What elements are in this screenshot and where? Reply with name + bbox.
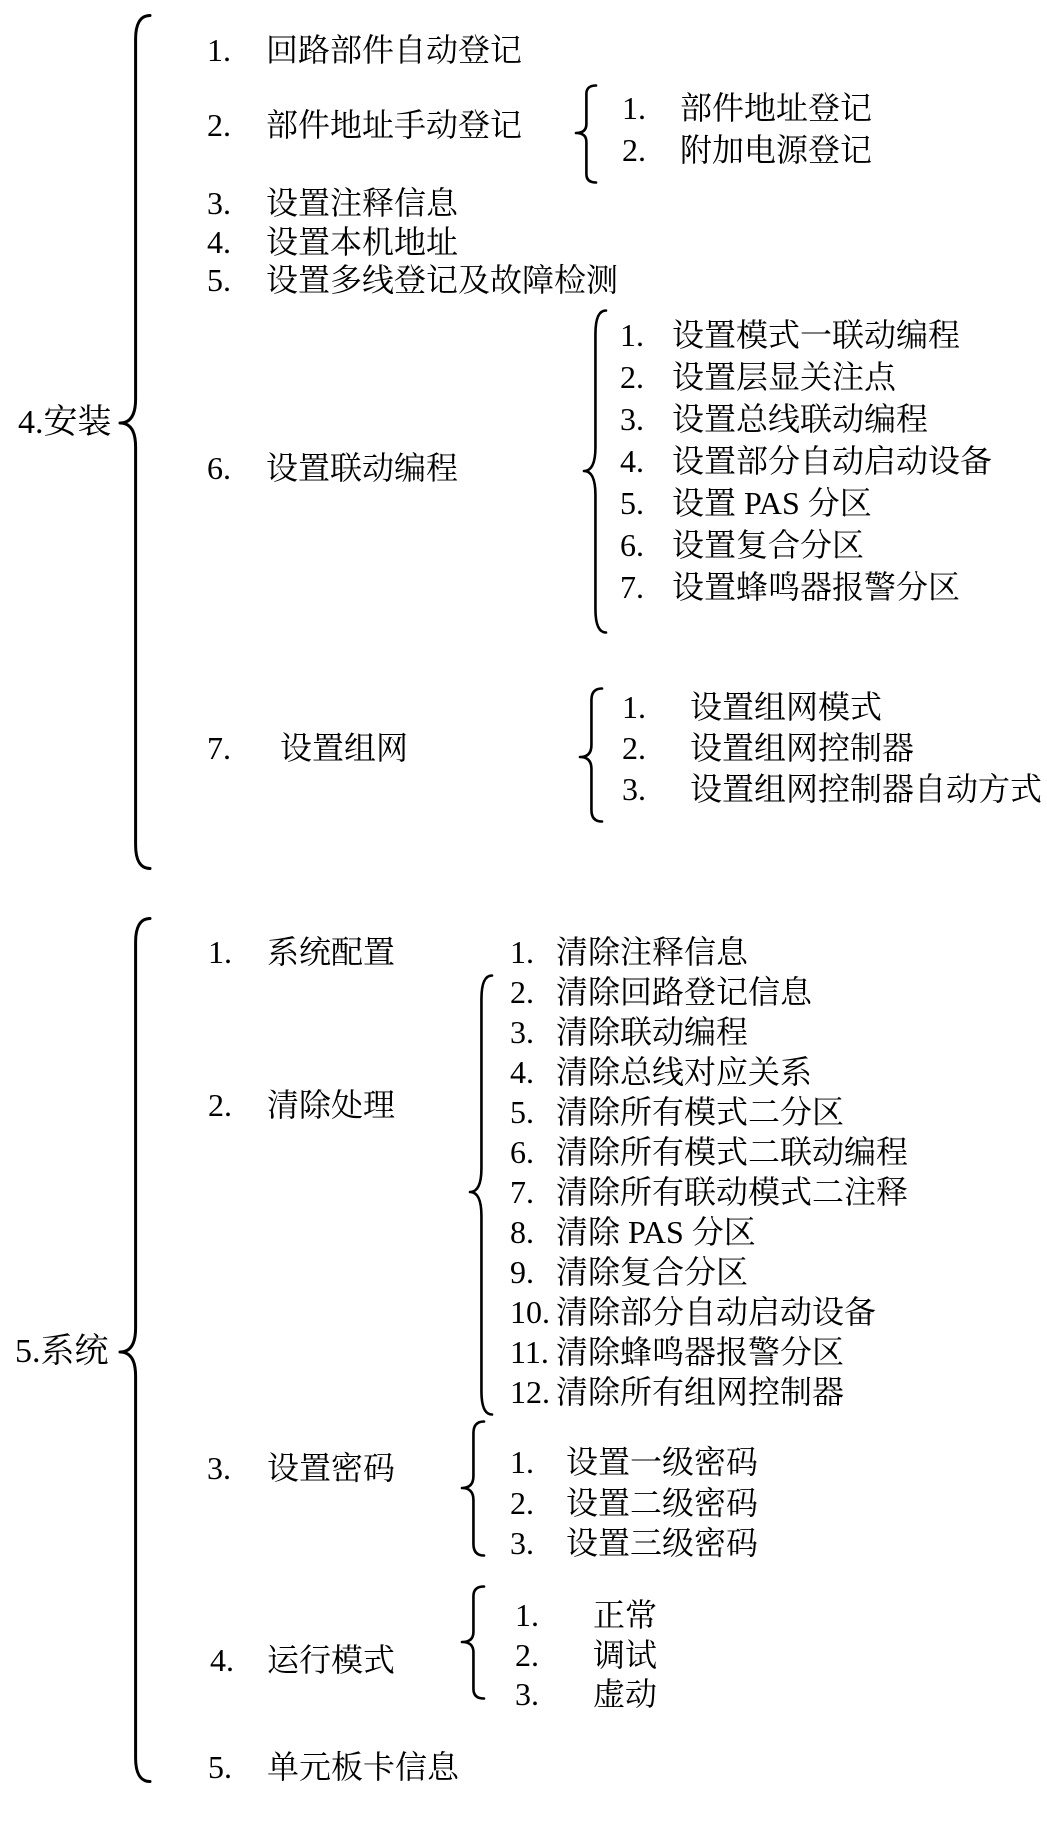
submenu-item-number: 1. <box>510 931 534 973</box>
menu-item-label: 设置多线登记及故障检测 <box>266 259 618 301</box>
menu-item-label: 回路部件自动登记 <box>266 29 522 71</box>
submenu-item-number: 1. <box>622 686 646 728</box>
section-2-main-brace <box>120 918 152 1782</box>
submenu-item-number: 1. <box>510 1441 534 1483</box>
submenu-item-label: 设置一级密码 <box>566 1441 758 1483</box>
submenu-item-number: 1. <box>515 1594 539 1636</box>
menu-tree-diagram: 4.安装1.回路部件自动登记2.部件地址手动登记1.部件地址登记2.附加电源登记… <box>0 0 1047 1836</box>
menu-item-number: 1. <box>208 931 232 973</box>
submenu-item-number: 8. <box>510 1211 534 1253</box>
submenu-item-number: 2. <box>510 971 534 1013</box>
submenu-item-number: 10. <box>510 1291 550 1333</box>
submenu-brace <box>580 688 604 822</box>
menu-item-number: 4. <box>210 1639 234 1681</box>
menu-item-label: 设置联动编程 <box>266 447 458 489</box>
menu-item-number: 3. <box>207 1447 231 1489</box>
menu-item-number: 3. <box>207 182 231 224</box>
submenu-item-number: 3. <box>620 398 644 440</box>
submenu-item-label: 设置组网控制器 <box>690 727 914 769</box>
submenu-item-label: 虚动 <box>593 1673 657 1715</box>
submenu-item-label: 设置模式一联动编程 <box>672 314 960 356</box>
submenu-item-label: 清除所有模式二联动编程 <box>556 1131 908 1173</box>
submenu-item-number: 2. <box>620 356 644 398</box>
submenu-item-number: 1. <box>620 314 644 356</box>
submenu-item-label: 清除注释信息 <box>556 931 748 973</box>
menu-item-number: 2. <box>207 104 231 146</box>
submenu-item-label: 设置部分自动启动设备 <box>672 440 992 482</box>
section-label: 5.系统 <box>15 1331 109 1373</box>
submenu-item-label: 清除所有模式二分区 <box>556 1091 844 1133</box>
submenu-item-label: 设置三级密码 <box>566 1522 758 1564</box>
submenu-item-label: 清除部分自动启动设备 <box>556 1291 876 1333</box>
submenu-item-number: 7. <box>510 1171 534 1213</box>
menu-item-label: 部件地址手动登记 <box>266 104 522 146</box>
menu-item-label: 设置注释信息 <box>266 182 458 224</box>
submenu-item-number: 3. <box>515 1673 539 1715</box>
submenu-brace <box>462 1586 486 1699</box>
submenu-item-label: 清除联动编程 <box>556 1011 748 1053</box>
submenu-item-label: 清除所有联动模式二注释 <box>556 1171 908 1213</box>
submenu-item-label: 正常 <box>593 1594 657 1636</box>
submenu-brace <box>470 975 494 1415</box>
menu-item-label: 清除处理 <box>267 1084 395 1126</box>
menu-item-label: 运行模式 <box>267 1639 395 1681</box>
submenu-item-label: 清除回路登记信息 <box>556 971 812 1013</box>
submenu-item-label: 部件地址登记 <box>680 87 872 129</box>
submenu-item-number: 3. <box>510 1522 534 1564</box>
menu-item-number: 4. <box>207 221 231 263</box>
submenu-item-label: 清除复合分区 <box>556 1251 748 1293</box>
submenu-brace <box>576 85 598 183</box>
submenu-item-label: 设置 PAS 分区 <box>672 482 872 524</box>
menu-item-number: 7. <box>207 727 231 769</box>
submenu-item-number: 2. <box>510 1482 534 1524</box>
submenu-item-label: 设置蜂鸣器报警分区 <box>672 566 960 608</box>
submenu-item-number: 9. <box>510 1251 534 1293</box>
submenu-item-number: 2. <box>515 1634 539 1676</box>
submenu-item-number: 7. <box>620 566 644 608</box>
submenu-item-label: 清除 PAS 分区 <box>556 1211 756 1253</box>
submenu-item-label: 附加电源登记 <box>680 129 872 171</box>
submenu-item-number: 2. <box>622 129 646 171</box>
submenu-item-number: 2. <box>622 727 646 769</box>
section-label: 4.安装 <box>18 402 112 444</box>
submenu-item-number: 5. <box>620 482 644 524</box>
submenu-item-label: 调试 <box>593 1634 657 1676</box>
submenu-item-number: 4. <box>620 440 644 482</box>
submenu-brace <box>584 310 608 633</box>
menu-item-label: 设置本机地址 <box>266 221 458 263</box>
submenu-item-label: 设置组网控制器自动方式 <box>690 768 1042 810</box>
menu-item-number: 2. <box>208 1084 232 1126</box>
submenu-item-number: 11. <box>510 1331 549 1373</box>
submenu-item-number: 12. <box>510 1371 550 1413</box>
submenu-item-number: 6. <box>510 1131 534 1173</box>
submenu-item-number: 6. <box>620 524 644 566</box>
submenu-item-number: 3. <box>510 1011 534 1053</box>
menu-item-label: 设置密码 <box>267 1447 395 1489</box>
menu-item-number: 5. <box>208 1746 232 1788</box>
section-1-main-brace <box>120 15 152 869</box>
submenu-item-label: 设置层显关注点 <box>672 356 896 398</box>
menu-item-number: 6. <box>207 447 231 489</box>
submenu-item-label: 设置复合分区 <box>672 524 864 566</box>
submenu-item-number: 1. <box>622 87 646 129</box>
submenu-item-label: 设置总线联动编程 <box>672 398 928 440</box>
menu-item-label: 单元板卡信息 <box>267 1746 459 1788</box>
submenu-item-label: 清除蜂鸣器报警分区 <box>556 1331 844 1373</box>
menu-item-number: 1. <box>207 29 231 71</box>
submenu-item-number: 5. <box>510 1091 534 1133</box>
submenu-item-label: 设置二级密码 <box>566 1482 758 1524</box>
submenu-item-number: 3. <box>622 768 646 810</box>
menu-item-label: 设置组网 <box>280 727 408 769</box>
submenu-item-label: 清除总线对应关系 <box>556 1051 812 1093</box>
submenu-brace <box>462 1421 486 1556</box>
submenu-item-label: 设置组网模式 <box>690 686 882 728</box>
menu-item-number: 5. <box>207 259 231 301</box>
submenu-item-number: 4. <box>510 1051 534 1093</box>
submenu-item-label: 清除所有组网控制器 <box>556 1371 844 1413</box>
menu-item-label: 系统配置 <box>267 931 395 973</box>
